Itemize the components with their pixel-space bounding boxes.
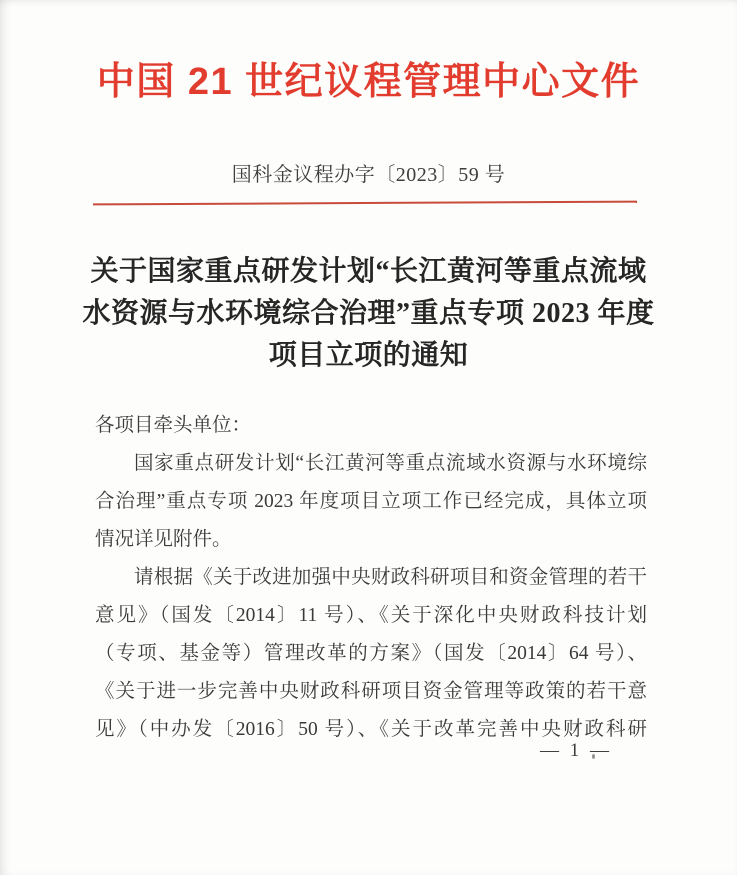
salutation: 各项目牵头单位： xyxy=(95,407,647,445)
paragraph2-line-2: 意见》（国发〔2014〕11 号）、《关于深化中央财政科技计划 xyxy=(95,597,647,635)
document-body: 各项目牵头单位： 国家重点研发计划“长江黄河等重点流域水资源与水环境综 合治理”… xyxy=(95,407,647,749)
paragraph2-line-3: （专项、基金等）管理改革的方案》（国发〔2014〕64 号）、 xyxy=(95,635,647,673)
document-page: 中国 21 世纪议程管理中心文件 国科金议程办字〔2023〕59 号 关于国家重… xyxy=(0,0,737,875)
red-divider-line xyxy=(93,201,637,206)
doc-number: 国科金议程办字〔2023〕59 号 xyxy=(0,161,737,189)
paragraph1-line-1: 国家重点研发计划“长江黄河等重点流域水资源与水环境综 xyxy=(95,445,647,483)
paragraph2-line-1: 请根据《关于改进加强中央财政科研项目和资金管理的若干 xyxy=(95,559,647,597)
paragraph1-line-3: 情况详见附件。 xyxy=(95,521,647,559)
page-number: — 1 — xyxy=(540,738,612,764)
document-title: 关于国家重点研发计划“长江黄河等重点流域 水资源与水环境综合治理”重点专项 20… xyxy=(0,251,737,377)
title-line-1: 关于国家重点研发计划“长江黄河等重点流域 xyxy=(0,251,737,293)
paragraph1-line-2: 合治理”重点专项 2023 年度项目立项工作已经完成，具体立项 xyxy=(95,483,647,521)
title-line-2: 水资源与水环境综合治理”重点专项 2023 年度 xyxy=(0,293,737,335)
title-line-3: 项目立项的通知 xyxy=(0,335,737,377)
org-header-title: 中国 21 世纪议程管理中心文件 xyxy=(0,58,737,106)
paragraph2-line-4: 《关于进一步完善中央财政科研项目资金管理等政策的若干意 xyxy=(95,673,647,711)
scan-speck xyxy=(592,754,595,759)
